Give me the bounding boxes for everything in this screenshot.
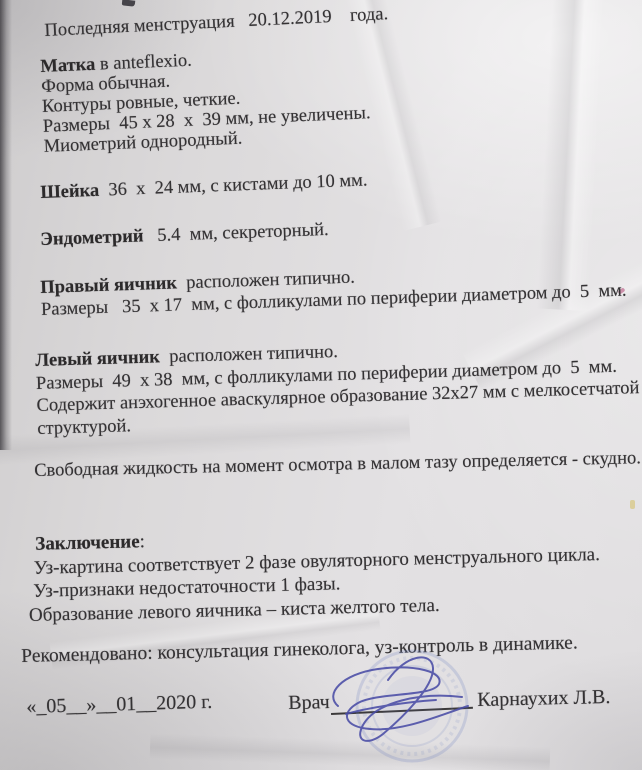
doctor-signature <box>316 642 491 764</box>
cutoff-text-mark <box>122 0 136 7</box>
cervix-label: Шейка <box>40 181 100 203</box>
document-photo: Последняя менструация 20.12.2019 года. М… <box>0 0 642 770</box>
uterus-label: Матка <box>40 55 96 77</box>
recommendation-line: Рекомендовано: консультация гинеколога, … <box>21 632 578 668</box>
paper-blemish <box>630 500 635 509</box>
last-menstruation-line: Последняя менструация 20.12.2019 года. <box>44 4 389 42</box>
right-ovary-section: Правый яичник расположен типично. Размер… <box>40 259 627 321</box>
paper-edge-shadow <box>0 0 12 450</box>
free-fluid-line: Свободная жидкость на момент осмотра в м… <box>34 448 641 482</box>
uterus-section: Матка в anteflexio. Форма обычная. Конту… <box>40 43 372 157</box>
endometrium-line: Эндометрий 5.4 мм, секреторный. <box>40 220 329 251</box>
left-ovary-position: расположен типично. <box>160 342 339 367</box>
uterus-position: в anteflexio. <box>95 51 192 75</box>
cervix-line: Шейка 36 х 24 мм, с кистами до 10 мм. <box>40 170 368 204</box>
footer-date: «_05__»__01__2020 г. <box>26 691 213 719</box>
right-ovary-label: Правый яичник <box>40 273 177 298</box>
left-ovary-label: Левый яичник <box>35 347 160 371</box>
conclusion-label: Заключение <box>35 531 140 555</box>
conclusion-colon: : <box>139 531 145 552</box>
endometrium-text: 5.4 мм, секреторный. <box>143 220 329 246</box>
doctor-name: Карнаухих Л.В. <box>477 686 611 712</box>
conclusion-section: Заключение: Уз-картина соответствует 2 ф… <box>27 519 601 627</box>
cervix-text: 36 х 24 мм, с кистами до 10 мм. <box>99 170 368 200</box>
endometrium-label: Эндометрий <box>40 226 144 250</box>
left-ovary-section: Левый яичник расположен типично. Размеры… <box>35 332 640 440</box>
